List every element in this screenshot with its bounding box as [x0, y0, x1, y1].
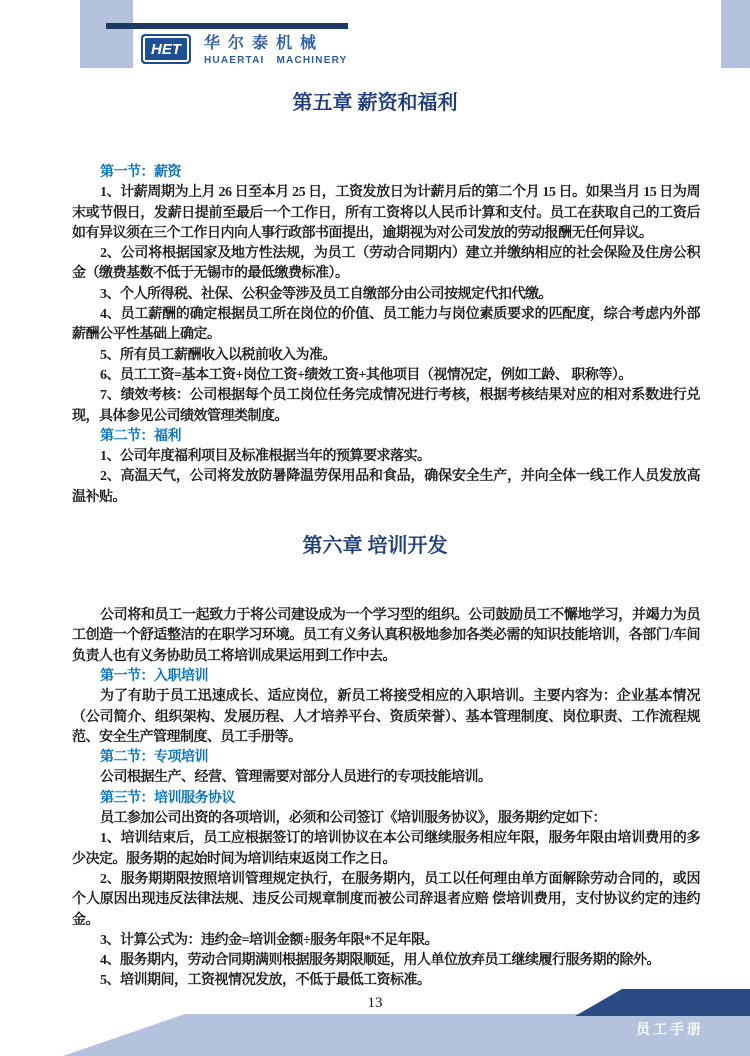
chapter6-section1-heading: 第一节：入职培训: [72, 667, 700, 687]
paragraph: 2、高温天气，公司将发放防暑降温劳保用品和食品，确保安全生产，并向全体一线工作人…: [72, 467, 700, 508]
paragraph: 2、公司将根据国家及地方性法规，为员工（劳动合同期内）建立并缴纳相应的社会保险及…: [72, 244, 700, 285]
chapter6-section2-heading: 第二节：专项培训: [72, 748, 700, 768]
paragraph: 5、所有员工薪酬收入以税前收入为准。: [72, 346, 700, 366]
paragraph: 3、计算公式为：违约金=培训金额÷服务年限*不足年限。: [72, 931, 700, 951]
chapter6-section3-heading: 第三节：培训服务协议: [72, 789, 700, 809]
paragraph: 4、员工薪酬的确定根据员工所在岗位的价值、员工能力与岗位素质要求的匹配度，综合考…: [72, 305, 700, 346]
paragraph: 1、计薪周期为上月 26 日至本月 25 日，工资发放日为计薪月后的第二个月 1…: [72, 183, 700, 244]
chapter6-content: 公司将和员工一起致力于将公司建设成为一个学习型的组织。公司鼓励员工不懈地学习，并…: [72, 606, 700, 992]
paragraph: 3、个人所得税、社保、公积金等涉及员工自缴部分由公司按规定代扣代缴。: [72, 285, 700, 305]
chapter5-content: 第一节：薪资 1、计薪周期为上月 26 日至本月 25 日，工资发放日为计薪月后…: [72, 163, 700, 508]
document-page: HET 华尔泰机械 HUAERTAI MACHINERY 第五章 薪资和福利 第…: [0, 0, 750, 1056]
chapter5-section2-heading: 第二节：福利: [72, 427, 700, 447]
chapter6-title: 第六章 培训开发: [0, 533, 750, 559]
paragraph: 公司根据生产、经营、管理需要对部分人员进行的专项技能培训。: [72, 768, 700, 788]
footer-handbook-label: 员工手册: [590, 1021, 750, 1037]
paragraph: 5、培训期间，工资视情况发放，不低于最低工资标准。: [72, 971, 700, 991]
chapter5-section1-heading: 第一节：薪资: [72, 163, 700, 183]
paragraph: 员工参加公司出资的各项培训，必须和公司签订《培训服务协议》，服务期约定如下：: [72, 809, 700, 829]
chapter6-intro: 公司将和员工一起致力于将公司建设成为一个学习型的组织。公司鼓励员工不懈地学习，并…: [72, 606, 700, 667]
paragraph: 4、服务期内，劳动合同期满则根据服务期限顺延，用人单位放弃员工继续履行服务期的除…: [72, 951, 700, 971]
document-body: 第五章 薪资和福利 第一节：薪资 1、计薪周期为上月 26 日至本月 25 日，…: [0, 0, 750, 992]
paragraph: 7、绩效考核：公司根据每个员工岗位任务完成情况进行考核，根据考核结果对应的相对系…: [72, 386, 700, 427]
paragraph: 1、培训结束后，员工应根据签订的培训协议在本公司继续服务相应年限，服务年限由培训…: [72, 829, 700, 870]
paragraph: 2、服务期期限按照培训管理规定执行，在服务期内，员工以任何理由单方面解除劳动合同…: [72, 870, 700, 931]
chapter5-title: 第五章 薪资和福利: [0, 90, 750, 116]
paragraph: 为了有助于员工迅速成长、适应岗位，新员工将接受相应的入职培训。主要内容为：企业基…: [72, 687, 700, 748]
paragraph: 1、公司年度福利项目及标准根据当年的预算要求落实。: [72, 447, 700, 467]
paragraph: 6、员工工资=基本工资+岗位工资+绩效工资+其他项目（视情况定，例如工龄、 职称…: [72, 366, 700, 386]
